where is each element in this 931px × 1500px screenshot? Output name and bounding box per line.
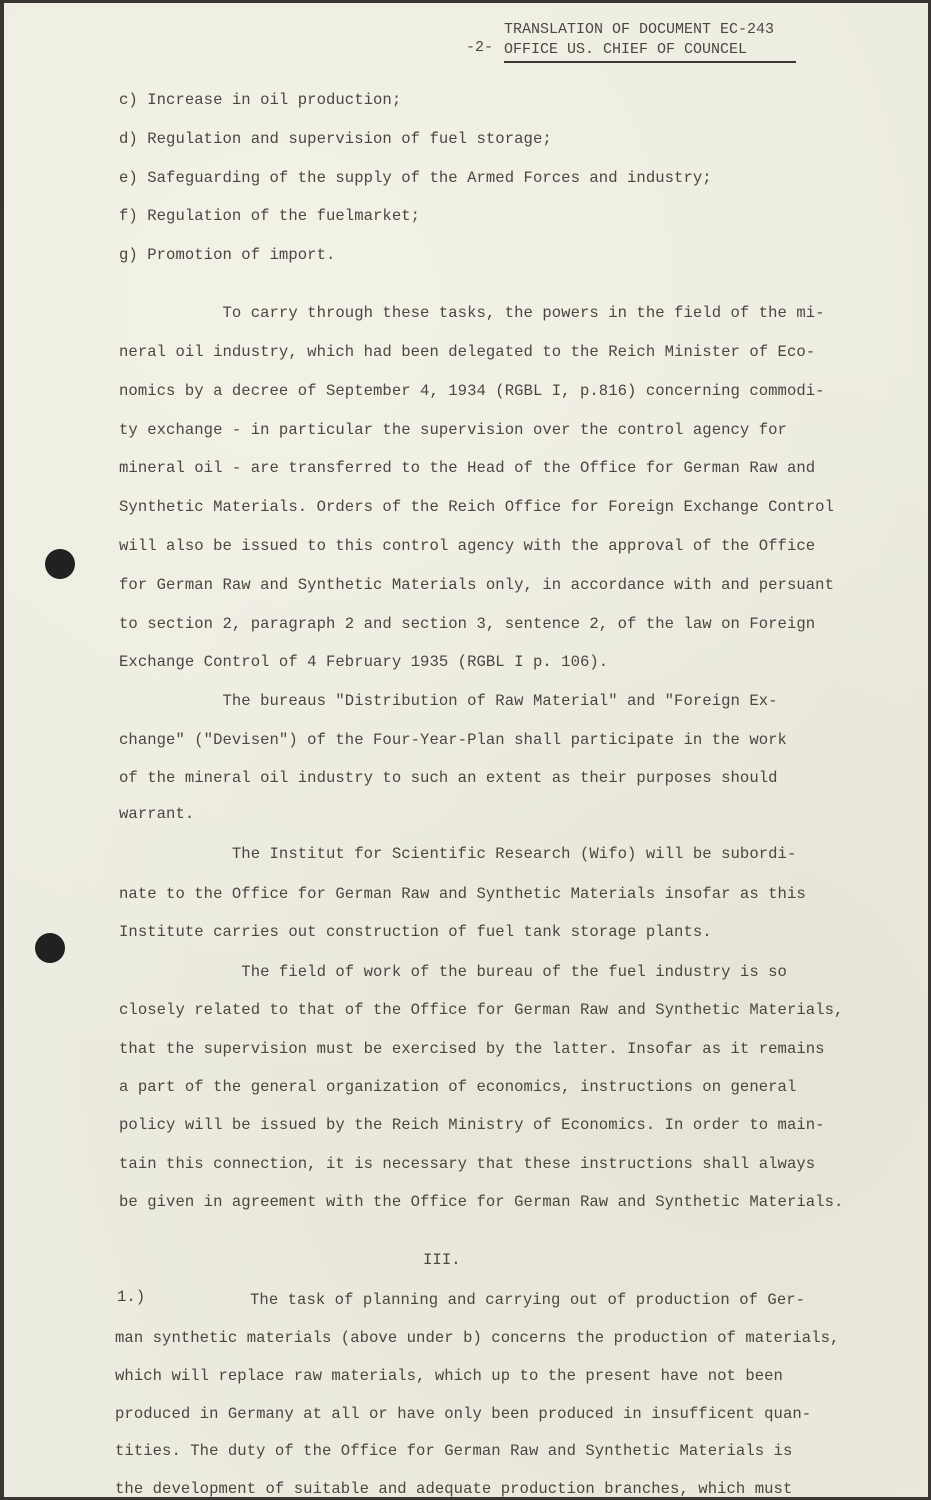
text-line: man synthetic materials (above under b) … — [115, 1329, 839, 1347]
text-line: the development of suitable and adequate… — [115, 1480, 792, 1497]
text-line: change" ("Devisen") of the Four-Year-Pla… — [119, 731, 787, 749]
text-line: The Institut for Scientific Research (Wi… — [119, 845, 796, 863]
text-line: nomics by a decree of September 4, 1934 … — [119, 382, 825, 400]
text-line: be given in agreement with the Office fo… — [119, 1193, 843, 1211]
text-line: Synthetic Materials. Orders of the Reich… — [119, 498, 834, 516]
text-line: for German Raw and Synthetic Materials o… — [119, 576, 834, 594]
document-page: TRANSLATION OF DOCUMENT EC-243 -2- OFFIC… — [4, 3, 928, 1497]
text-line: ty exchange - in particular the supervis… — [119, 421, 787, 439]
section-number: 1.) — [117, 1288, 145, 1306]
header-office: OFFICE US. CHIEF OF COUNCEL — [504, 41, 747, 58]
text-line: tities. The duty of the Office for Germa… — [115, 1442, 792, 1460]
section-heading: III. — [423, 1251, 461, 1269]
text-line: The task of planning and carrying out of… — [250, 1291, 805, 1309]
text-line: The bureaus "Distribution of Raw Materia… — [119, 692, 778, 710]
punch-hole-icon — [45, 549, 75, 579]
text-line: Institute carries out construction of fu… — [119, 923, 712, 941]
list-item: d) Regulation and supervision of fuel st… — [119, 130, 552, 148]
text-line: mineral oil - are transferred to the Hea… — [119, 459, 815, 477]
header-title: TRANSLATION OF DOCUMENT EC-243 — [504, 21, 774, 38]
text-line: nate to the Office for German Raw and Sy… — [119, 885, 806, 903]
list-item: f) Regulation of the fuelmarket; — [119, 207, 420, 225]
text-line: will also be issued to this control agen… — [119, 537, 815, 555]
text-line: tain this connection, it is necessary th… — [119, 1155, 815, 1173]
list-item: c) Increase in oil production; — [119, 91, 401, 109]
text-line: that the supervision must be exercised b… — [119, 1040, 825, 1058]
list-item: e) Safeguarding of the supply of the Arm… — [119, 169, 712, 187]
page-number: -2- — [466, 39, 493, 56]
text-line: policy will be issued by the Reich Minis… — [119, 1116, 825, 1134]
punch-hole-icon — [35, 933, 65, 963]
text-line: neral oil industry, which had been deleg… — [119, 343, 815, 361]
text-line: produced in Germany at all or have only … — [115, 1405, 811, 1423]
list-item: g) Promotion of import. — [119, 246, 335, 264]
text-line: which will replace raw materials, which … — [115, 1367, 783, 1385]
text-line: of the mineral oil industry to such an e… — [119, 769, 778, 787]
text-line: to section 2, paragraph 2 and section 3,… — [119, 615, 815, 633]
text-line: closely related to that of the Office fo… — [119, 1001, 843, 1019]
text-line: The field of work of the bureau of the f… — [119, 963, 787, 981]
text-line: To carry through these tasks, the powers… — [119, 304, 825, 322]
text-line: warrant. — [119, 805, 194, 823]
text-line: a part of the general organization of ec… — [119, 1078, 796, 1096]
header-underline — [504, 61, 796, 63]
text-line: Exchange Control of 4 February 1935 (RGB… — [119, 653, 608, 671]
